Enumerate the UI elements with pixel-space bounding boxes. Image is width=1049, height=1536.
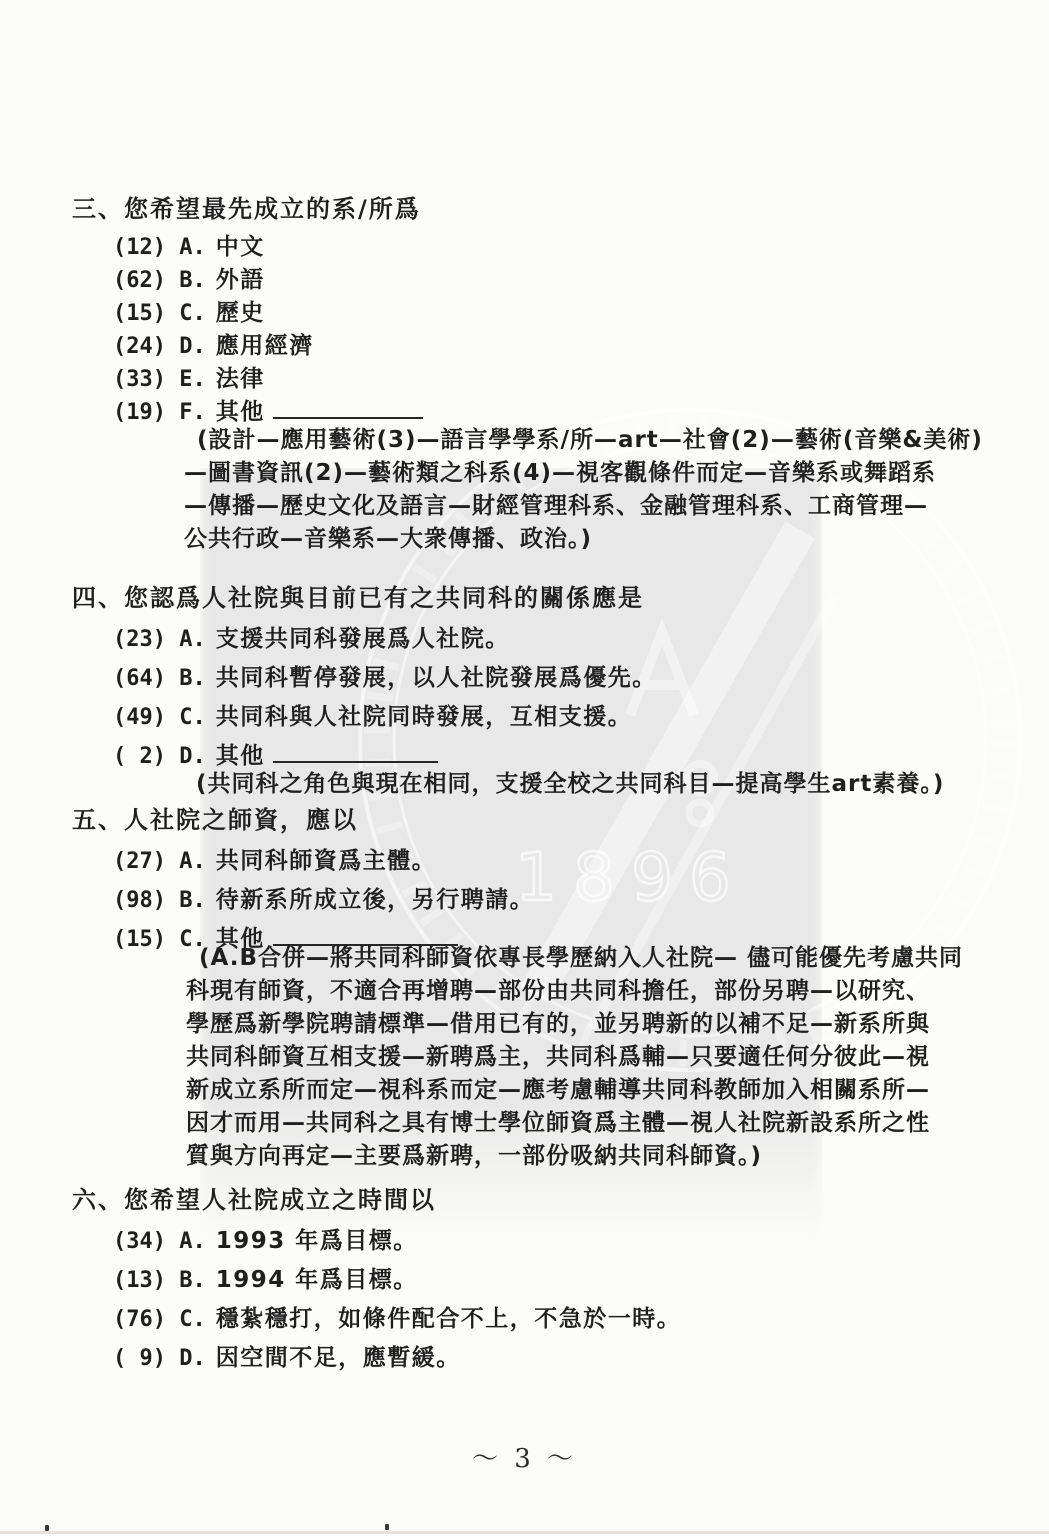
option-text: 法律 [216,363,265,396]
option-row: (15) C. 歷史 [113,297,423,330]
note-line: —圖書資訊(2)—藝術類之科系(4)—視客觀條件而定—音樂系或舞蹈系 [184,457,983,490]
note-line: 新成立系所而定—視科系而定—應考慮輔導共同科教師加入相關系所— [186,1074,963,1107]
option-text: 待新系所成立後，另行聘請。 [216,881,535,920]
option-count-letter: (49) C. [113,698,206,737]
option-row: ( 9) D. 因空間不足，應暫緩。 [113,1339,681,1378]
option-text: 歷史 [216,297,265,330]
option-row: (24) D. 應用經濟 [113,330,423,363]
other-responses-note: (A.B合併—將共同科師資依專長學歷納入人社院— 儘可能優先考慮共同 科現有師資… [186,942,963,1173]
option-count-letter: (34) A. [113,1222,206,1261]
note-line: 科現有師資，不適合再增聘—部份由共同科擔任，部份另聘—以研究、 [186,975,963,1008]
note-line: 質與方向再定—主要爲新聘，一部份吸納共同科師資。) [186,1140,963,1173]
option-row: (34) A. 1993 年爲目標。 [113,1222,681,1261]
option-count-letter: (15) C. [113,297,206,330]
other-responses-note: (共同科之角色與現在相同，支援全校之共同科目—提高學生art素養。) [196,768,944,801]
question-block-4: 四、您認爲人社院與目前已有之共同科的關係應是 (23) A. 支援共同科發展爲人… [72,583,657,776]
note-line: 共同科師資互相支援—新聘爲主，共同科爲輔—只要適任何分彼此—視 [186,1041,963,1074]
option-text: 外語 [216,264,265,297]
option-count-letter: (27) A. [113,842,206,881]
option-row: (62) B. 外語 [113,264,423,297]
note-line: 公共行政—音樂系—大衆傳播、政治。) [184,523,983,556]
option-text: 支援共同科發展爲人社院。 [216,620,510,659]
option-text: 1993 年爲目標。 [216,1222,418,1261]
option-row: (98) B. 待新系所成立後，另行聘請。 [113,881,534,920]
option-row: (64) B. 共同科暫停發展，以人社院發展爲優先。 [113,659,657,698]
option-list: (12) A. 中文 (62) B. 外語 (15) C. 歷史 (24) D.… [113,231,423,429]
option-text: 中文 [216,231,265,264]
option-row: (23) A. 支援共同科發展爲人社院。 [113,620,657,659]
option-count-letter: ( 9) D. [113,1339,206,1378]
note-line: —傳播—歷史文化及語言—財經管理科系、金融管理科系、工商管理— [184,490,983,523]
scanned-survey-page: 1896 三、您希望最先成立的系/所爲 (12) A. 中文 (62) B. 外… [0,0,1049,1536]
option-text: 1994 年爲目標。 [216,1261,418,1300]
option-text: 共同科暫停發展，以人社院發展爲優先。 [216,659,657,698]
note-line: (共同科之角色與現在相同，支援全校之共同科目—提高學生art素養。) [196,768,944,801]
note-line: 學歷爲新學院聘請標準—借用已有的，並另聘新的以補不足—新系所與 [186,1008,963,1041]
watermark-year-text: 1896 [515,839,747,916]
option-count-letter: (62) B. [113,264,206,297]
option-row: (33) E. 法律 [113,363,423,396]
option-count-letter: (64) B. [113,659,206,698]
question-block-5: 五、人社院之師資，應以 (27) A. 共同科師資爲主體。 (98) B. 待新… [72,805,534,959]
note-line: (設計—應用藝術(3)—語言學學系/所—art—社會(2)—藝術(音樂&美術) [184,424,983,457]
option-row: (12) A. 中文 [113,231,423,264]
page-number: ～ 3 ～ [0,1438,1049,1475]
question-heading: 三、您希望最先成立的系/所爲 [72,194,423,224]
option-count-letter: (23) A. [113,620,206,659]
fill-in-blank-line [273,743,438,763]
option-list: (23) A. 支援共同科發展爲人社院。 (64) B. 共同科暫停發展，以人社… [113,620,657,776]
option-text: 共同科與人社院同時發展，互相支援。 [216,698,633,737]
option-count-letter: (98) B. [113,881,206,920]
option-text: 應用經濟 [216,330,314,363]
question-heading: 五、人社院之師資，應以 [72,805,534,835]
scan-edge-artifact [0,1531,1049,1534]
option-row: (13) B. 1994 年爲目標。 [113,1261,681,1300]
option-text: 因空間不足，應暫緩。 [216,1339,461,1378]
option-count-letter: (33) E. [113,363,206,396]
question-heading: 六、您希望人社院成立之時間以 [72,1185,681,1215]
option-count-letter: ( 2) D. [113,737,206,776]
other-responses-note: (設計—應用藝術(3)—語言學學系/所—art—社會(2)—藝術(音樂&美術) … [184,424,983,556]
option-row: (76) C. 穩紮穩打，如條件配合不上，不急於一時。 [113,1300,681,1339]
question-block-6: 六、您希望人社院成立之時間以 (34) A. 1993 年爲目標。 (13) B… [72,1185,681,1378]
fill-in-blank-line [273,399,423,419]
note-line: (A.B合併—將共同科師資依專長學歷納入人社院— 儘可能優先考慮共同 [186,942,963,975]
option-text: 共同科師資爲主體。 [216,842,437,881]
option-row: (49) C. 共同科與人社院同時發展，互相支援。 [113,698,657,737]
option-text: 穩紮穩打，如條件配合不上，不急於一時。 [216,1300,682,1339]
scan-speck [385,1524,389,1530]
question-heading: 四、您認爲人社院與目前已有之共同科的關係應是 [72,583,657,613]
option-count-letter: (13) B. [113,1261,206,1300]
option-count-letter: (24) D. [113,330,206,363]
option-count-letter: (76) C. [113,1300,206,1339]
note-line: 因才而用—共同科之具有博士學位師資爲主體—視人社院新設系所之性 [186,1107,963,1140]
option-list: (34) A. 1993 年爲目標。 (13) B. 1994 年爲目標。 (7… [113,1222,681,1378]
option-row: (27) A. 共同科師資爲主體。 [113,842,534,881]
option-count-letter: (12) A. [113,231,206,264]
question-block-3: 三、您希望最先成立的系/所爲 (12) A. 中文 (62) B. 外語 (15… [72,194,423,429]
scan-speck [45,1525,49,1531]
